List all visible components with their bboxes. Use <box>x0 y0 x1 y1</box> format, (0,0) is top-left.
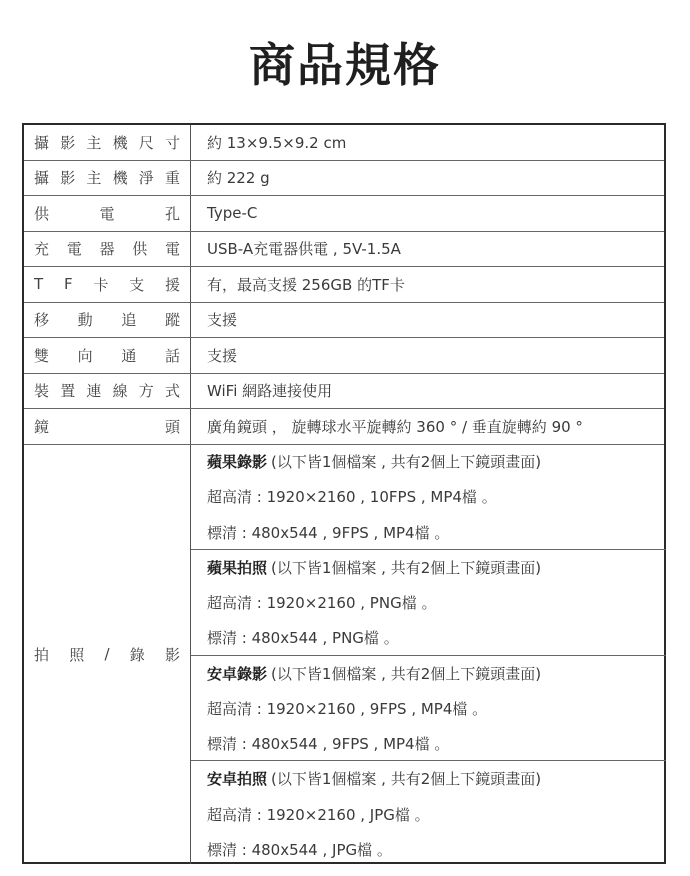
media-group-note: (以下皆1個檔案 , 共有2個上下鏡頭畫面) <box>271 557 541 578</box>
spec-row: 攝影主機尺寸約 13×9.5×9.2 cm <box>24 125 664 161</box>
spec-value: 支援 <box>207 303 237 338</box>
spec-value: 廣角鏡頭 ， 旋轉球水平旋轉約 360 ° / 垂直旋轉約 90 ° <box>207 409 583 444</box>
media-spec-line: 標清 : 480x544 , 9FPS , MP4檔 。 <box>207 515 449 550</box>
spec-label: 裝置連線方式 <box>24 374 191 409</box>
media-group-note: (以下皆1個檔案 , 共有2個上下鏡頭畫面) <box>271 768 541 789</box>
media-group-heading: 蘋果拍照(以下皆1個檔案 , 共有2個上下鏡頭畫面) <box>207 550 541 585</box>
media-group: 蘋果錄影(以下皆1個檔案 , 共有2個上下鏡頭畫面)超高清 : 1920×216… <box>191 444 666 550</box>
media-spec-line: 超高清 : 1920×2160 , 10FPS , MP4檔 。 <box>207 479 497 514</box>
media-group: 安卓錄影(以下皆1個檔案 , 共有2個上下鏡頭畫面)超高清 : 1920×216… <box>191 656 666 762</box>
spec-value: Type-C <box>207 196 257 231</box>
spec-value: 有，最高支援 256GB 的TF卡 <box>207 267 405 302</box>
media-group-note: (以下皆1個檔案 , 共有2個上下鏡頭畫面) <box>271 663 541 684</box>
spec-row: TF卡支援有，最高支援 256GB 的TF卡 <box>24 267 664 303</box>
media-section: 拍照/錄影 蘋果錄影(以下皆1個檔案 , 共有2個上下鏡頭畫面)超高清 : 19… <box>24 444 664 864</box>
spec-label: 攝影主機淨重 <box>24 161 191 196</box>
media-group: 蘋果拍照(以下皆1個檔案 , 共有2個上下鏡頭畫面)超高清 : 1920×216… <box>191 550 666 656</box>
spec-row: 移動追蹤支援 <box>24 303 664 339</box>
media-spec-line: 超高清 : 1920×2160 , PNG檔 。 <box>207 585 436 620</box>
media-group-heading: 安卓錄影(以下皆1個檔案 , 共有2個上下鏡頭畫面) <box>207 656 541 691</box>
media-spec-line: 標清 : 480x544 , PNG檔 。 <box>207 620 399 655</box>
spec-row: 供電孔Type-C <box>24 196 664 232</box>
spec-row: 裝置連線方式WiFi 網路連接使用 <box>24 374 664 410</box>
media-group-note: (以下皆1個檔案 , 共有2個上下鏡頭畫面) <box>271 451 541 472</box>
spec-value: 約 13×9.5×9.2 cm <box>207 125 346 160</box>
media-group-heading: 蘋果錄影(以下皆1個檔案 , 共有2個上下鏡頭畫面) <box>207 444 541 479</box>
spec-row: 鏡頭廣角鏡頭 ， 旋轉球水平旋轉約 360 ° / 垂直旋轉約 90 ° <box>24 409 664 445</box>
spec-label: 鏡頭 <box>24 409 191 444</box>
media-group-heading: 安卓拍照(以下皆1個檔案 , 共有2個上下鏡頭畫面) <box>207 761 541 796</box>
media-spec-line: 超高清 : 1920×2160 , JPG檔 。 <box>207 797 430 832</box>
spec-value: 約 222 g <box>207 161 270 196</box>
spec-value: 支援 <box>207 338 237 373</box>
spec-label: 充電器供電 <box>24 232 191 267</box>
spec-table: 攝影主機尺寸約 13×9.5×9.2 cm攝影主機淨重約 222 g供電孔Typ… <box>22 123 666 864</box>
spec-row: 充電器供電USB-A充電器供電 , 5V-1.5A <box>24 232 664 268</box>
media-group-title: 安卓錄影 <box>207 663 267 684</box>
media-spec-line: 標清 : 480x544 , 9FPS , MP4檔 。 <box>207 726 449 761</box>
spec-row: 攝影主機淨重約 222 g <box>24 161 664 197</box>
media-group-title: 安卓拍照 <box>207 768 267 789</box>
spec-value: WiFi 網路連接使用 <box>207 374 332 409</box>
spec-label: 攝影主機尺寸 <box>24 125 191 160</box>
media-spec-line: 標清 : 480x544 , JPG檔 。 <box>207 832 392 867</box>
media-group-title: 蘋果錄影 <box>207 451 267 472</box>
page-title: 商品規格 <box>0 30 690 100</box>
media-group-title: 蘋果拍照 <box>207 557 267 578</box>
spec-label: 雙向通話 <box>24 338 191 373</box>
media-group: 安卓拍照(以下皆1個檔案 , 共有2個上下鏡頭畫面)超高清 : 1920×216… <box>191 761 666 867</box>
spec-label: TF卡支援 <box>24 267 191 302</box>
media-spec-line: 超高清 : 1920×2160 , 9FPS , MP4檔 。 <box>207 691 487 726</box>
spec-row: 雙向通話支援 <box>24 338 664 374</box>
media-label: 拍照/錄影 <box>24 444 191 864</box>
spec-label: 移動追蹤 <box>24 303 191 338</box>
spec-value: USB-A充電器供電 , 5V-1.5A <box>207 232 401 267</box>
spec-label: 供電孔 <box>24 196 191 231</box>
